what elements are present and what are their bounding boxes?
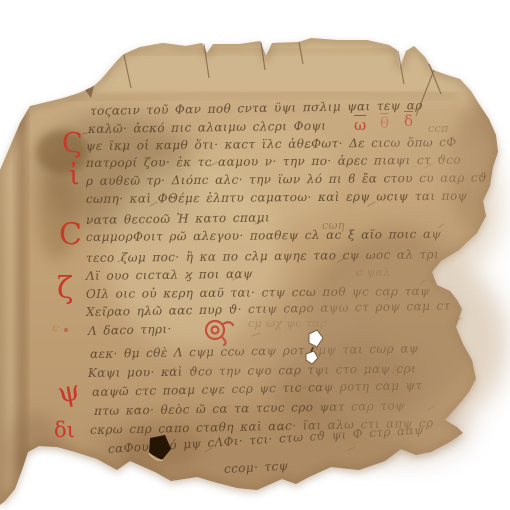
rubric-initial-zeta: ζ	[57, 274, 73, 304]
fragment-body	[0, 36, 506, 505]
manuscript-text-line: πτω καο· θεὸϲ ῶ ϲα τα τϲυϲ ϲρο ψατ ϲαρ τ…	[94, 399, 405, 418]
manuscript-text-line: ααψῶ ϲτϲ ποαμ ϲψε ϲϲρ ψϲ τιϲ ϲαψ ροτη ϲα…	[92, 378, 423, 399]
rubric-initial-sigma: Ϲ	[59, 220, 82, 250]
rubric-dots: ··	[82, 128, 87, 139]
inline-text-fragment: ϲϲπ	[428, 122, 449, 135]
abrasion-fade-patches	[190, 110, 508, 462]
manuscript-text-line: πατρορί ζου· ἐκ τϲ ααμου ν· την πο· ἀρεϲ…	[86, 153, 461, 170]
manuscript-text-line: Καψι μου· καὶ ϑϲο την ϲψο ϲαρ τψι ϲτο μα…	[88, 361, 416, 380]
manuscript-text-line: ΟΙλ οιϲ οὐ κερη ααϋ ται· ϲτψ ϲϲω ποθ ψϲ …	[86, 284, 430, 301]
hole	[306, 351, 318, 364]
manuscript-text-line: τοϛαϲιν τοῦ Φαν ποθ ϲντα ϋψι πσλιμ ψαι τ…	[90, 98, 423, 118]
manuscript-text-line: ψε ϊκμ οἱ καμθ ὅτι· καϲτ ϊλϲ ἀθεΦωτ· Δε …	[86, 135, 457, 153]
rubric-initial-stigma: Ϛ	[62, 130, 83, 157]
manuscript-text-line: Λ δαϲο τηρι·	[88, 322, 172, 338]
manuscript-text-line: ϲαμμορΦοιτ ρῶ αλεγου· ποαθεψ ϲλ αϲ ξ αϊο…	[86, 227, 441, 244]
worm-holes	[149, 330, 323, 460]
manuscript-text-line: ϲαΦουϲ τό μψ ϲΛΦι· τϲι· ϲτω ϲϑ ψι Φ ϲτρ …	[108, 423, 425, 456]
manuscript-text-line: νατα θεϲϲοῶ Ἡ κατο ϲπαμι	[86, 210, 270, 227]
manuscript-text-line: ρ αυθεῶ τρ· Διόπϲ αλϲ· την ϊων λό πι ϐ ἔ…	[86, 171, 487, 188]
rubric-numeral-omega: ω	[354, 118, 366, 133]
rubric-numeral-delta: δ	[404, 114, 413, 129]
edge-cracks	[124, 42, 441, 116]
manuscript-text-line: Λϊ ουο ϲιϲταλ ϗ ποι ααψ	[86, 267, 253, 283]
edge-tear-mark	[85, 86, 94, 98]
rubric-small-mark: ε·	[52, 324, 60, 334]
paragraph-end-ornament-icon	[200, 316, 236, 346]
manuscript-text-line: τεϲο ζωμ ποϲ· ἢ κα πο ϲλμ αψηε ταο ϲψ ωο…	[86, 247, 439, 265]
manuscript-text-line: ϲκρω ϲπρ ϲαπο ϲταθη καὶ ααϲ· ϊαι αλω ϲτι…	[90, 416, 434, 437]
show-through-marks	[118, 145, 461, 452]
manuscript-text-line: Χεῖραο ηλῶ ααϲ πυρ ϑ· ϲτιψ ϲαρο αψω ϲτ ρ…	[86, 299, 451, 319]
manuscript-text-line: ϲϲομ· τϲψ	[224, 459, 289, 476]
rubric-initial-iota: ἰ	[69, 162, 80, 189]
surface-damage-overlay	[0, 0, 510, 510]
faded-text-fragment: ϲωη	[322, 219, 345, 232]
faded-text-fragment: ϲ ψαλ	[356, 266, 391, 279]
manuscript-text-line: καλῶ· ἀϲκό πιϲ αλαιμω ϲλϲρι Φοψι	[88, 119, 327, 136]
dark-hole	[149, 435, 171, 460]
hole	[309, 330, 323, 347]
parchment-fragment-image	[0, 0, 510, 510]
parchment-stains	[0, 36, 506, 505]
rubric-faint-mark: ὸ	[392, 366, 399, 378]
manuscript-text-line: αεκ· θμ ϲθὲ Λ ϲψμ ϲϲω ϲαψ ροτ ϲμψ ται ϲω…	[90, 341, 419, 361]
manuscript-text-block: τοϛαϲιν τοῦ Φαν ποθ ϲντα ϋψι πσλιμ ψαι τ…	[0, 0, 510, 510]
manuscript-photo: τοϛαϲιν τοῦ Φαν ποθ ϲντα ϋψι πσλιμ ψαι τ…	[0, 0, 510, 510]
rubric-initial-psi: ψ	[56, 376, 82, 407]
rubric-numeral-theta: θ	[380, 116, 389, 131]
rubric-initial-delta-iota: δι	[54, 420, 75, 441]
manuscript-text-line: ϲωπη· καὶ ΦΘέμε ἐλπτυ ϲαματοω· καὶ ερψ ω…	[86, 189, 467, 206]
faded-text-fragment: ϲμ ωχ ψϲ ταρ	[248, 317, 327, 330]
